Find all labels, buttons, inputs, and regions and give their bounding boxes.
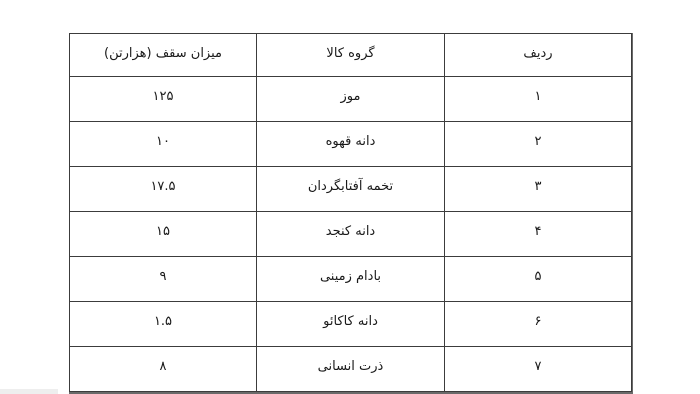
cell-index: ۲ [445,122,632,167]
table-row: ۱ موز ۱۲۵ [70,77,632,122]
cell-index: ۳ [445,167,632,212]
header-value: میزان سقف (هزارتن) [70,34,257,77]
table-row: ۵ بادام زمینی ۹ [70,257,632,302]
table-header-row: ردیف گروه کالا میزان سقف (هزارتن) [70,34,632,77]
cell-index: ۷ [445,347,632,392]
quota-table-container: ردیف گروه کالا میزان سقف (هزارتن) ۱ موز … [69,33,633,394]
cell-value: ۱.۵ [70,302,257,347]
cell-value: ۸ [70,347,257,392]
table-row: ۴ دانه کنجد ۱۵ [70,212,632,257]
quota-table: ردیف گروه کالا میزان سقف (هزارتن) ۱ موز … [69,33,632,392]
cell-index: ۵ [445,257,632,302]
table-row: ۳ تخمه آفتابگردان ۱۷.۵ [70,167,632,212]
cell-index: ۱ [445,77,632,122]
table-row: ۷ ذرت انسانی ۸ [70,347,632,392]
cell-group: تخمه آفتابگردان [257,167,445,212]
cell-value: ۹ [70,257,257,302]
cell-value: ۱۲۵ [70,77,257,122]
header-group: گروه کالا [257,34,445,77]
header-index: ردیف [445,34,632,77]
cell-group: دانه کنجد [257,212,445,257]
cell-group: دانه کاکائو [257,302,445,347]
cell-index: ۶ [445,302,632,347]
table-row: ۲ دانه قهوه ۱۰ [70,122,632,167]
table-row: ۶ دانه کاکائو ۱.۵ [70,302,632,347]
cell-value: ۱۰ [70,122,257,167]
cell-group: بادام زمینی [257,257,445,302]
cell-value: ۱۵ [70,212,257,257]
cell-group: دانه قهوه [257,122,445,167]
cell-index: ۴ [445,212,632,257]
cell-group: موز [257,77,445,122]
cell-value: ۱۷.۵ [70,167,257,212]
decorative-strip [0,389,58,394]
cell-group: ذرت انسانی [257,347,445,392]
